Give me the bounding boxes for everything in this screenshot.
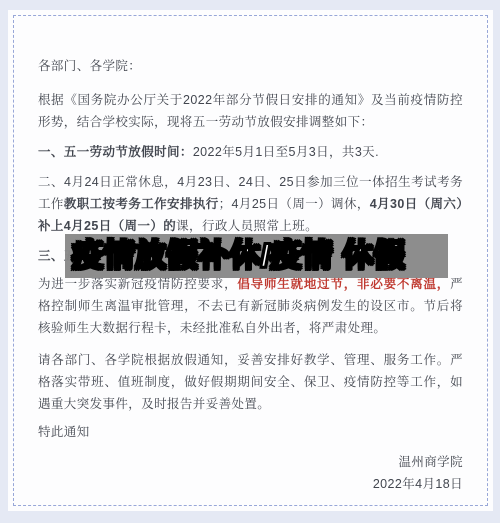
- watermark-banner: 疫情放假补休/疫情 休假: [65, 234, 448, 278]
- closing-phrase: 特此通知: [38, 421, 463, 443]
- paragraph-request: 请各部门、各学院根据放假通知，妥善安排好教学、管理、服务工作。严格落实带班、值班…: [38, 349, 463, 415]
- item2-bold-1: 教职工按考务工作安排执行: [64, 197, 219, 211]
- signature-date: 2022年4月18日: [38, 473, 463, 495]
- item2-text-3: 课，行政人员照常上班。: [176, 219, 318, 233]
- item1-text: 2022年5月1日至5月3日，共3天.: [193, 145, 379, 159]
- paragraph-intro: 根据《国务院办公厅关于2022年部分节假日安排的通知》及当前疫情防控形势，结合学…: [38, 89, 463, 133]
- item1-heading: 一、五一劳动节放假时间：: [38, 145, 193, 159]
- signature-block: 温州商学院 2022年4月18日: [38, 451, 463, 495]
- paragraph-item2: 二、4月24日正常休息，4月23日、24日、25日参加三位一体招生考试考务工作教…: [38, 171, 463, 237]
- covid-text-1: 为进一步落实新冠疫情防控要求，: [38, 277, 237, 291]
- paragraph-covid-control: 为进一步落实新冠疫情防控要求，倡导师生就地过节，非必要不离温，严格控制师生离温审…: [38, 273, 463, 339]
- item2-text-2: ；4月25日（周一）调休，: [219, 197, 370, 211]
- covid-red-highlight: 倡导师生就地过节，非必要不离温，: [237, 277, 450, 291]
- signature-org: 温州商学院: [38, 451, 463, 473]
- page-background: { "document": { "greeting": "各部门、各学院：", …: [0, 0, 500, 523]
- greeting: 各部门、各学院：: [38, 55, 463, 77]
- paragraph-item1: 一、五一劳动节放假时间：2022年5月1日至5月3日，共3天.: [38, 141, 463, 163]
